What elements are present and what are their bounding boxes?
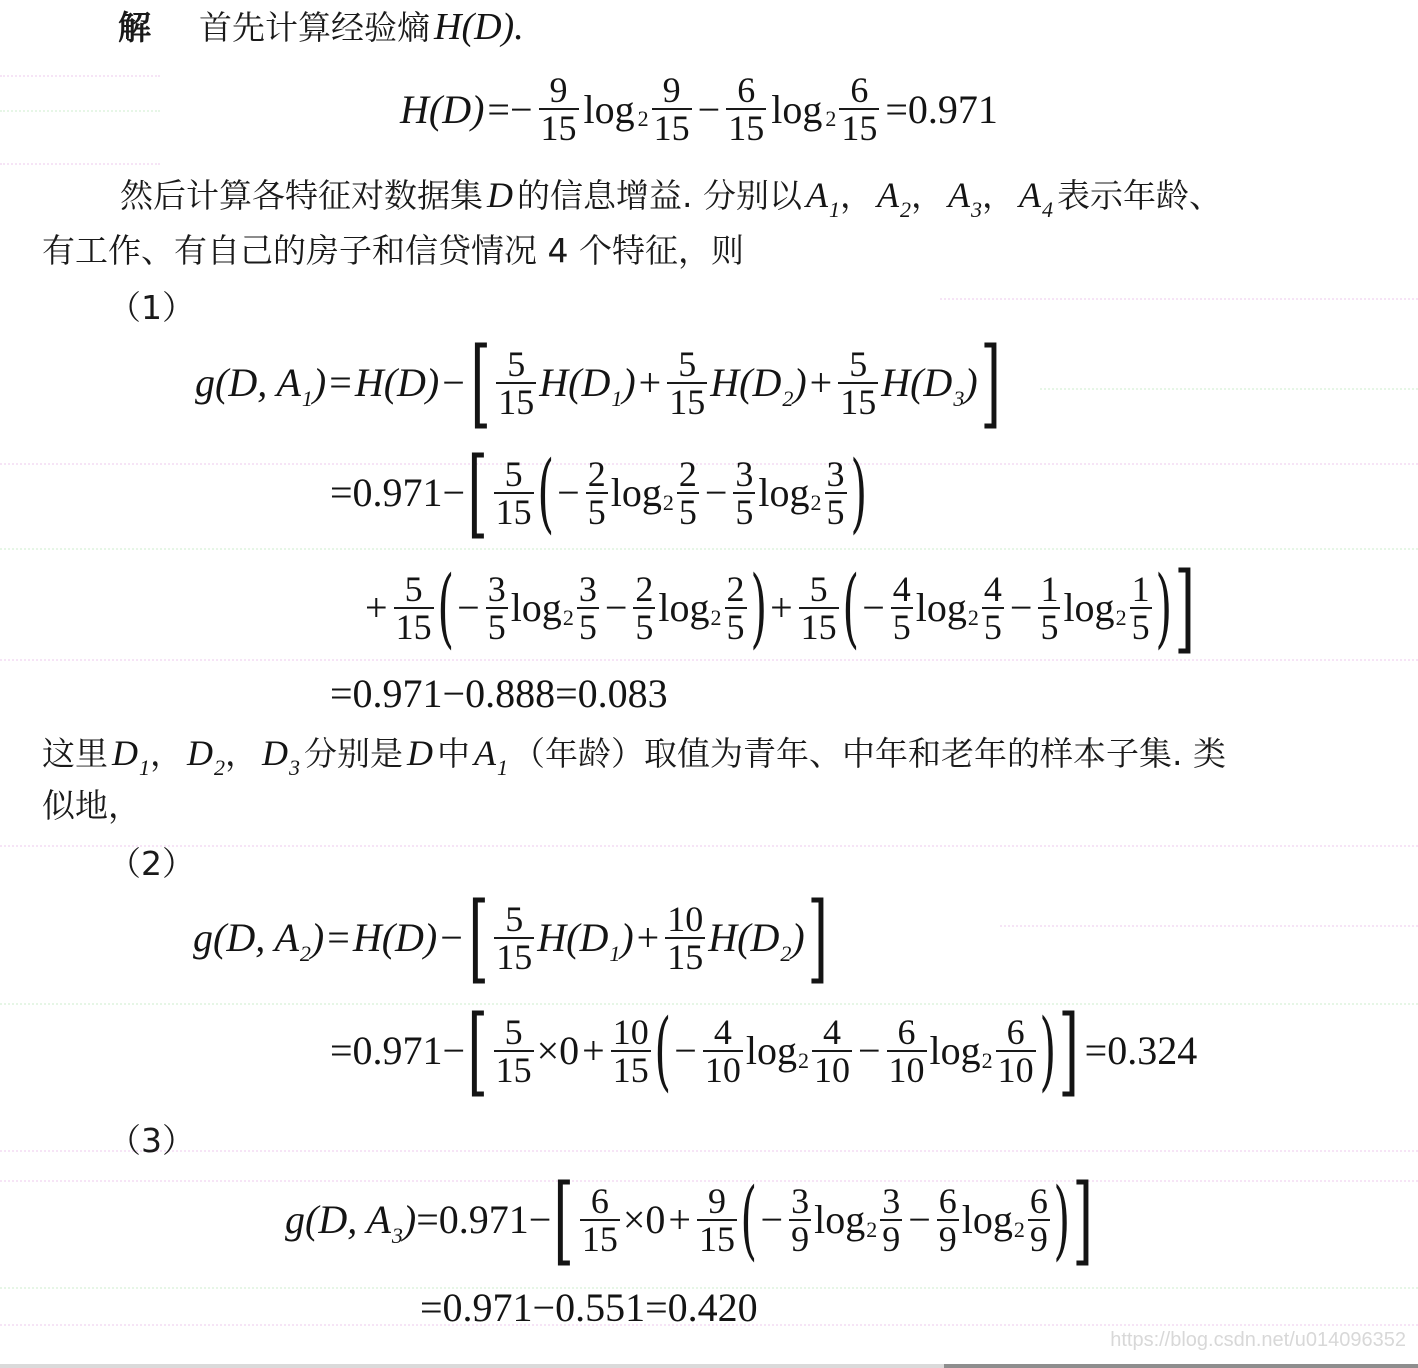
operator: − (1010, 584, 1033, 631)
math-token: A (806, 175, 828, 215)
right-bracket: ] (1059, 1003, 1080, 1099)
fraction: 515 (494, 456, 534, 530)
section-label-1: （1） (108, 282, 195, 329)
operator: = (327, 914, 350, 961)
fraction: 615 (839, 72, 879, 146)
fraction-numerator: 5 (505, 346, 527, 382)
separator: ， (911, 176, 944, 215)
fraction: 610 (887, 1014, 927, 1088)
fraction-numerator: 9 (706, 1183, 728, 1219)
fraction-numerator: 5 (503, 456, 525, 492)
math-token: H(D (539, 360, 610, 405)
fraction-denominator: 15 (697, 1219, 737, 1257)
gain-a1-equation-line-2: =0.971− [ 515 ( − 25 log2 25 − 35 log2 3… (330, 445, 867, 540)
fraction-numerator: 2 (725, 571, 747, 607)
subscript: 2 (866, 1217, 877, 1243)
fraction: 25 (725, 571, 747, 645)
subscript: 3 (953, 386, 964, 411)
fraction: 35 (825, 456, 847, 530)
math-token: ) (791, 915, 804, 960)
log-function: log (584, 86, 635, 133)
fraction: 515 (496, 346, 536, 420)
feature-a2: A2 (877, 175, 911, 215)
math-token: ) (793, 360, 806, 405)
math-token: log (658, 584, 709, 631)
math-token: H(D1) (537, 914, 633, 961)
scan-artifact-line (0, 548, 1418, 550)
fraction-denominator: 5 (733, 492, 755, 530)
chinese-text: 中 (437, 734, 470, 773)
operator: = (329, 359, 352, 406)
subscript: 1 (609, 941, 620, 966)
fraction-denominator: 15 (726, 108, 766, 146)
math-token: log (511, 584, 562, 631)
fraction-denominator: 9 (789, 1219, 811, 1257)
subscript: 2 (811, 490, 822, 516)
dataset-symbol: D (487, 175, 513, 215)
fraction-numerator: 3 (577, 571, 599, 607)
math-token: A (474, 733, 496, 773)
math-token: D (187, 733, 213, 773)
gain-a1-equation-line-3: + 515 ( − 35 log2 35 − 25 log2 25 ) + 51… (362, 560, 1198, 655)
fraction-numerator: 6 (896, 1014, 918, 1050)
math-token: log (814, 1196, 865, 1243)
math-token: ) (403, 1197, 416, 1242)
gain-a3-result: =0.971−0.551=0.420 (420, 1282, 758, 1332)
fraction: 25 (586, 456, 608, 530)
explanation-line-1: 这里 D1， D2， D3 分别是 D 中 A1 （年龄）取值为青年、中年和老年… (42, 728, 1226, 775)
fraction: 69 (1028, 1183, 1050, 1257)
fraction-numerator: 5 (403, 571, 425, 607)
fraction-numerator: 2 (586, 456, 608, 492)
entropy-equation: H(D) =− 915 log2 915 − 615 log2 615 =0.9… (400, 64, 1001, 154)
parenthesis: ) (1155, 565, 1172, 651)
fraction-numerator: 3 (733, 456, 755, 492)
math-token: log (758, 469, 809, 516)
fraction-denominator: 5 (1130, 607, 1152, 645)
solution-heading: 解 首先计算经验熵 H(D). (118, 2, 524, 49)
fraction: 915 (652, 72, 692, 146)
fraction: 15 (1130, 571, 1152, 645)
fraction-denominator: 10 (703, 1050, 743, 1088)
fraction: 35 (577, 571, 599, 645)
fraction: 45 (891, 571, 913, 645)
gain-a2-equation-line-2: =0.971− [ 515 ×0 + 1015 ( − 410 log2 410… (330, 1003, 1200, 1098)
math-token: H(D3) (881, 359, 977, 406)
fraction-numerator: 3 (486, 571, 508, 607)
operator: + (668, 1196, 691, 1243)
fraction-denominator: 5 (725, 607, 747, 645)
subscript: 1 (302, 386, 313, 411)
fraction: 615 (580, 1183, 620, 1257)
fraction-numerator: 4 (821, 1014, 843, 1050)
fraction-denominator: 15 (494, 937, 534, 975)
entropy-result: =0.971 (885, 86, 998, 133)
fraction: 1015 (611, 1014, 651, 1088)
scan-artifact-line (0, 110, 160, 112)
fraction-numerator: 2 (677, 456, 699, 492)
fraction-numerator: 3 (880, 1183, 902, 1219)
operator: =− (487, 86, 532, 133)
subscript: 2 (780, 941, 791, 966)
separator: ， (840, 176, 873, 215)
fraction-numerator: 4 (982, 571, 1004, 607)
fraction-denominator: 5 (825, 492, 847, 530)
parenthesis: ) (1053, 1177, 1070, 1263)
math-token: H(D2) (708, 914, 804, 961)
parenthesis: ( (654, 1008, 671, 1094)
math-token: log (1063, 584, 1114, 631)
gain-a2-equation-line-1: g(D, A2) = H(D) − [ 515 H(D1) + 1015 H(D… (193, 890, 830, 985)
fraction: 410 (812, 1014, 852, 1088)
fraction: 25 (633, 571, 655, 645)
chinese-text: 这里 (42, 734, 108, 773)
fraction-denominator: 15 (494, 492, 534, 530)
math-token: =0.971−0.888=0.083 (330, 670, 668, 717)
fraction-numerator: 6 (1028, 1183, 1050, 1219)
scan-artifact-line (0, 659, 1418, 661)
fraction-denominator: 15 (667, 382, 707, 420)
left-bracket: [ (468, 890, 489, 986)
math-token: A (948, 175, 970, 215)
math-token: log (930, 1027, 981, 1074)
fraction-numerator: 1 (1038, 571, 1060, 607)
parenthesis: ) (750, 565, 767, 651)
operator: + (770, 584, 793, 631)
fraction-denominator: 15 (580, 1219, 620, 1257)
math-token: ) (311, 915, 324, 960)
fraction: 515 (494, 901, 534, 975)
subscript: 2 (1014, 1217, 1025, 1243)
scan-artifact-line (1000, 925, 1418, 927)
subscript: 2 (968, 605, 979, 631)
fraction-denominator: 15 (539, 108, 579, 146)
fraction-denominator: 5 (633, 607, 655, 645)
operator: + (582, 1027, 605, 1074)
fraction-denominator: 15 (652, 108, 692, 146)
math-token: g(D, A (195, 360, 301, 405)
intro-text: 的信息增益. 分别以 (517, 176, 802, 215)
fraction-numerator: 10 (665, 901, 705, 937)
math-token: g(D, A3) (285, 1196, 416, 1243)
feature-a4: A4 (1019, 175, 1053, 215)
fraction: 39 (789, 1183, 811, 1257)
fraction-denominator: 9 (880, 1219, 902, 1257)
fraction: 615 (726, 72, 766, 146)
fraction-denominator: 15 (494, 1050, 534, 1088)
math-token: log (916, 584, 967, 631)
fraction-denominator: 10 (887, 1050, 927, 1088)
parenthesis: ) (850, 450, 867, 536)
fraction-numerator: 5 (847, 346, 869, 382)
parenthesis: ( (740, 1177, 757, 1263)
math-token: ) (622, 360, 635, 405)
explanation-line-2: 似地， (42, 780, 141, 827)
subscript: 1 (829, 197, 840, 222)
operator: − (605, 584, 628, 631)
fraction: 39 (880, 1183, 902, 1257)
scan-artifact-line (0, 1150, 1418, 1152)
math-token: ) (964, 360, 977, 405)
math-token: =0.971− (330, 469, 465, 516)
intro-text: 有工作、有自己的房子和信贷情况 4 个特征，则 (42, 231, 744, 270)
subscript: 2 (663, 490, 674, 516)
math-token: H(D (708, 915, 779, 960)
left-bracket: [ (470, 335, 491, 431)
gain-a1-equation-line-1: g(D, A1) = H(D) − [ 515 H(D1) + 515 H(D2… (195, 335, 1003, 430)
section-label-3: （3） (108, 1115, 195, 1162)
fraction-denominator: 5 (891, 607, 913, 645)
fraction: 915 (697, 1183, 737, 1257)
math-token: H(D (537, 915, 608, 960)
math-token: A1 (474, 733, 508, 773)
fraction-numerator: 9 (661, 72, 683, 108)
operator: − (440, 914, 463, 961)
right-bracket: ] (1175, 560, 1196, 656)
math-token: ) (620, 915, 633, 960)
fraction-denominator: 15 (496, 382, 536, 420)
subscript: 1 (611, 386, 622, 411)
chinese-text: ， (150, 734, 183, 773)
fraction: 915 (539, 72, 579, 146)
math-token: H(D (881, 360, 952, 405)
operator: − (698, 86, 721, 133)
fraction-numerator: 3 (825, 456, 847, 492)
feature-a3: A3 (948, 175, 982, 215)
solution-label: 解 (118, 8, 151, 47)
intro-text: 然后计算各特征对数据集 (120, 176, 483, 215)
operator: + (639, 359, 662, 406)
math-token: H(D) (355, 359, 439, 406)
fraction-numerator: 1 (1130, 571, 1152, 607)
subscript: 2 (982, 1048, 993, 1074)
subscript: 2 (638, 106, 649, 132)
math-token: H(D) (353, 914, 437, 961)
fraction: 35 (733, 456, 755, 530)
parenthesis: ( (437, 565, 454, 651)
operator: − (457, 584, 480, 631)
fraction: 35 (486, 571, 508, 645)
watermark-text: https://blog.csdn.net/u014096352 (1110, 1329, 1406, 1352)
math-token: ×0 (537, 1027, 580, 1074)
subscript: 1 (497, 755, 508, 780)
subscript: 2 (900, 197, 911, 222)
subscript: 2 (825, 106, 836, 132)
operator: − (557, 469, 580, 516)
fraction-numerator: 6 (1005, 1014, 1027, 1050)
fraction-numerator: 9 (548, 72, 570, 108)
fraction-numerator: 10 (611, 1014, 651, 1050)
fraction: 45 (982, 571, 1004, 645)
horizontal-scrollbar[interactable] (0, 1364, 1418, 1368)
fraction: 1015 (665, 901, 705, 975)
fraction-denominator: 9 (937, 1219, 959, 1257)
fraction-denominator: 5 (486, 607, 508, 645)
fraction: 515 (838, 346, 878, 420)
left-bracket: [ (554, 1172, 575, 1268)
fraction-numerator: 4 (712, 1014, 734, 1050)
operator: − (442, 359, 465, 406)
fraction-numerator: 6 (937, 1183, 959, 1219)
intro-line-1: 然后计算各特征对数据集 D 的信息增益. 分别以 A1， A2， A3， A4 … (120, 170, 1222, 217)
math-token: ×0 (623, 1196, 666, 1243)
intro-line-2: 有工作、有自己的房子和信贷情况 4 个特征，则 (42, 225, 744, 272)
math-token: =0.971− (330, 1027, 465, 1074)
right-bracket: ] (980, 335, 1001, 431)
fraction-denominator: 5 (677, 492, 699, 530)
fraction-numerator: 5 (676, 346, 698, 382)
fraction: 610 (996, 1014, 1036, 1088)
fraction-denominator: 5 (982, 607, 1004, 645)
fraction-denominator: 15 (394, 607, 434, 645)
chinese-text: ， (225, 734, 258, 773)
operator: − (862, 584, 885, 631)
fraction: 15 (1038, 571, 1060, 645)
math-token: D2 (187, 733, 225, 773)
math-token: g(D, A2) (193, 914, 324, 961)
gain-a2-result: =0.324 (1085, 1027, 1198, 1074)
fraction-denominator: 10 (996, 1050, 1036, 1088)
fraction-denominator: 5 (586, 492, 608, 530)
fraction-denominator: 9 (1028, 1219, 1050, 1257)
math-token: g(D, A (193, 915, 299, 960)
scan-artifact-line (1040, 388, 1418, 390)
math-token: =0.971− (416, 1196, 551, 1243)
fraction-numerator: 2 (633, 571, 655, 607)
math-token: D (262, 733, 288, 773)
gain-lhs: g(D, A1) (195, 359, 326, 406)
fraction: 515 (667, 346, 707, 420)
scan-artifact-line (940, 298, 1418, 300)
fraction-numerator: 6 (735, 72, 757, 108)
entropy-lhs: H(D) (400, 86, 484, 133)
operator: − (761, 1196, 784, 1243)
subscript: 2 (563, 605, 574, 631)
scan-artifact-line (0, 163, 160, 165)
right-bracket: ] (1073, 1172, 1094, 1268)
separator: ， (982, 176, 1015, 215)
heading-expr: H(D). (434, 6, 524, 48)
parenthesis: ) (1039, 1008, 1056, 1094)
fraction-numerator: 4 (891, 571, 913, 607)
gain-a3-equation-line-1: g(D, A3) =0.971− [ 615 ×0 + 915 ( − 39 l… (285, 1172, 1096, 1267)
subscript: 2 (711, 605, 722, 631)
math-token: D3 (262, 733, 300, 773)
subscript: 2 (1116, 605, 1127, 631)
fraction-denominator: 15 (799, 607, 839, 645)
left-bracket: [ (468, 1003, 489, 1099)
subscript: 3 (392, 1223, 403, 1248)
gain-a1-result: =0.971−0.888=0.083 (330, 668, 668, 718)
heading-text: 首先计算经验熵 (199, 8, 430, 47)
fraction-denominator: 15 (839, 108, 879, 146)
operator: + (810, 359, 833, 406)
fraction-numerator: 6 (848, 72, 870, 108)
subscript: 3 (289, 755, 300, 780)
feature-a1: A1 (806, 175, 840, 215)
subscript: 2 (782, 386, 793, 411)
operator: − (908, 1196, 931, 1243)
fraction-numerator: 3 (789, 1183, 811, 1219)
math-token: D1 (112, 733, 150, 773)
scan-artifact-line (0, 75, 160, 77)
math-token: g(D, A (285, 1197, 391, 1242)
math-token: log (962, 1196, 1013, 1243)
math-token: H(D (710, 360, 781, 405)
parenthesis: ( (842, 565, 859, 651)
math-token: D (407, 733, 433, 773)
operator: + (365, 584, 388, 631)
parenthesis: ( (537, 450, 554, 536)
fraction-denominator: 10 (812, 1050, 852, 1088)
subscript: 4 (1042, 197, 1053, 222)
operator: − (705, 469, 728, 516)
log-function: log (771, 86, 822, 133)
intro-text: 表示年龄、 (1057, 176, 1222, 215)
fraction-denominator: 15 (611, 1050, 651, 1088)
math-token: D (112, 733, 138, 773)
operator: − (858, 1027, 881, 1074)
math-token: ) (313, 360, 326, 405)
scrollbar-thumb[interactable] (944, 1364, 1418, 1368)
math-token: log (746, 1027, 797, 1074)
operator: − (674, 1027, 697, 1074)
chinese-text: （年龄）取值为青年、中年和老年的样本子集. 类 (512, 734, 1226, 773)
fraction-numerator: 5 (808, 571, 830, 607)
fraction-denominator: 15 (838, 382, 878, 420)
subscript: 2 (798, 1048, 809, 1074)
subscript: 3 (971, 197, 982, 222)
fraction-numerator: 6 (589, 1183, 611, 1219)
subscript: 2 (214, 755, 225, 780)
subscript: 1 (139, 755, 150, 780)
left-bracket: [ (468, 445, 489, 541)
math-token: A (1019, 175, 1041, 215)
fraction-denominator: 5 (577, 607, 599, 645)
fraction-numerator: 5 (503, 901, 525, 937)
chinese-text: 似地， (42, 786, 141, 825)
fraction-denominator: 15 (665, 937, 705, 975)
chinese-text: 分别是 (304, 734, 403, 773)
fraction: 410 (703, 1014, 743, 1088)
fraction: 515 (494, 1014, 534, 1088)
math-token: H(D2) (710, 359, 806, 406)
math-token: log (611, 469, 662, 516)
math-token: A (877, 175, 899, 215)
scan-artifact-line (0, 845, 1418, 847)
operator: + (637, 914, 660, 961)
math-token: H(D1) (539, 359, 635, 406)
fraction: 515 (799, 571, 839, 645)
fraction: 25 (677, 456, 699, 530)
fraction: 69 (937, 1183, 959, 1257)
fraction-numerator: 5 (503, 1014, 525, 1050)
math-token: =0.971−0.551=0.420 (420, 1284, 758, 1331)
fraction-denominator: 5 (1038, 607, 1060, 645)
section-label-2: （2） (108, 838, 195, 885)
right-bracket: ] (807, 890, 828, 986)
fraction: 515 (394, 571, 434, 645)
subscript: 2 (300, 941, 311, 966)
